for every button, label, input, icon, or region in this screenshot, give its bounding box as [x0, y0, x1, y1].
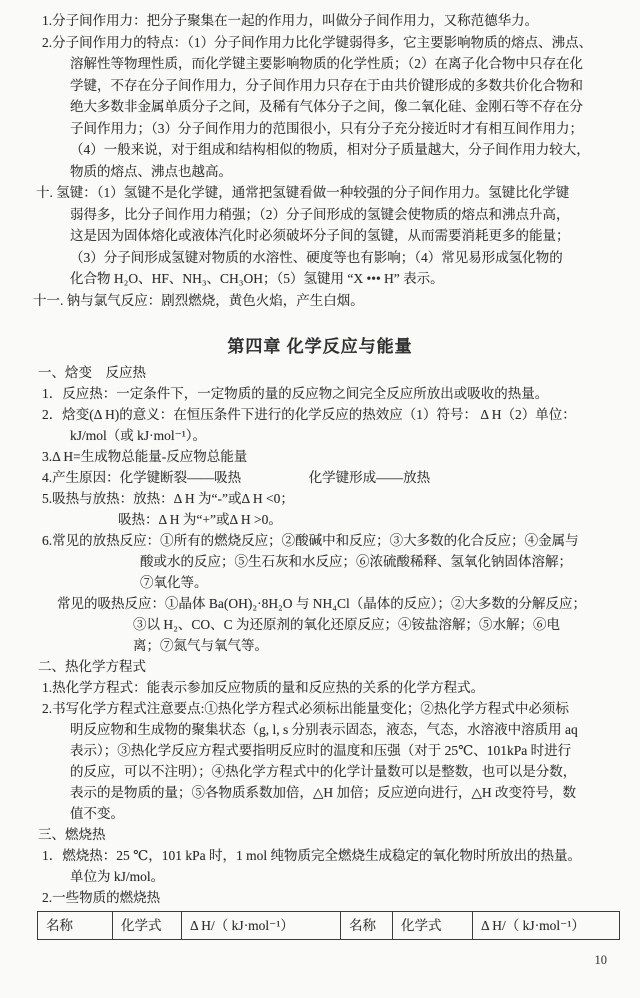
text-line: 2.一些物质的燃烧热 — [42, 887, 640, 908]
section-heading: 一、焓变 反应热 — [38, 362, 640, 383]
section-chapter4: 一、焓变 反应热 1．反应热：一定条件下，一定物质的量的反应物之间完全反应所放出… — [0, 362, 640, 908]
text-line: 溶解性等物理性质，而化学键主要影响物质的化学性质；（2）在离子化合物中只存在化 — [70, 53, 640, 75]
table-header-row: 名称 化学式 Δ H/（ kJ·mol⁻¹） 名称 化学式 Δ H/（ kJ·m… — [38, 912, 620, 940]
text-line: 子间作用力；（3）分子间作用力的范围很小，只有分子充分接近时才有相互间作用力； — [70, 118, 640, 140]
text-line: 3.Δ H=生成物总能量-反应物总能量 — [42, 446, 640, 467]
text-line: 2．焓变(Δ H)的意义：在恒压条件下进行的化学反应的热效应（1）符号： Δ H… — [42, 404, 640, 425]
text-line: kJ/mol（或 kJ·mol⁻¹）。 — [70, 425, 640, 446]
text-line: 学键，不存在分子间作用力，分子间作用力只存在于由共价键形成的多数共价化合物和 — [70, 75, 640, 97]
text-line: 弱得多，比分子间作用力稍强；（2）分子间形成的氢键会使物质的熔点和沸点升高， — [70, 204, 640, 226]
text-line: 6.常见的放热反应：①所有的燃烧反应；②酸碱中和反应；③大多数的化合反应；④金属… — [42, 530, 640, 551]
text-line: 离；⑦氮气与氧气等。 — [133, 635, 640, 656]
text-line: 常见的吸热反应：①晶体 Ba(OH)₂·8H₂O 与 NH₄Cl（晶体的反应）；… — [57, 593, 640, 614]
text-line: 1．反应热：一定条件下，一定物质的量的反应物之间完全反应所放出或吸收的热量。 — [42, 383, 640, 404]
text-line: 吸热：Δ H 为“+”或Δ H >0。 — [118, 509, 640, 530]
page-number: 10 — [595, 953, 608, 968]
text-line: 十. 氢键：（1）氢键不是化学键，通常把氢键看做一种较强的分子间作用力。氢键比化… — [36, 182, 640, 204]
document-page: 1.分子间作用力：把分子聚集在一起的作用力，叫做分子间作用力，又称范德华力。 2… — [0, 0, 640, 998]
table-header-name-1: 名称 — [38, 912, 113, 940]
text-line: ⑦氧化等。 — [140, 572, 640, 593]
text-line: 2.书写化学方程式注意要点:①热化学方程式必须标出能量变化；②热化学方程式中必须… — [42, 698, 640, 719]
text-line: 十一. 钠与氯气反应：剧烈燃烧，黄色火焰，产生白烟。 — [33, 290, 640, 312]
text-line: 单位为 kJ/mol。 — [70, 866, 640, 887]
section-heading: 三、燃烧热 — [38, 824, 640, 845]
table-header-formula-2: 化学式 — [393, 912, 473, 940]
text-line: 明反应物和生成物的聚集状态（g, l, s 分别表示固态，液态，气态，水溶液中溶… — [70, 719, 640, 740]
text-line: 物质的熔点、沸点也越高。 — [70, 161, 640, 183]
text-line: 4.产生原因：化学键断裂——吸热 化学键形成——放热 — [42, 467, 640, 488]
text-line: 酸或水的反应；⑤生石灰和水反应；⑥浓硫酸稀释、氢氧化钠固体溶解； — [140, 551, 640, 572]
table-header-formula-1: 化学式 — [113, 912, 182, 940]
text-line: ③以 H₂、CO、C 为还原剂的氧化还原反应；④铵盐溶解；⑤水解；⑥电 — [133, 614, 640, 635]
text-line: 的反应，可以不注明）；④热化学方程式中的化学计量数可以是整数，也可以是分数， — [70, 761, 640, 782]
table-header-deltaH-2: Δ H/（ kJ·mol⁻¹） — [473, 912, 620, 940]
text-line: （3）分子间形成氢键对物质的水溶性、硬度等也有影响；（4）常见易形成氢化物的 — [70, 247, 640, 269]
text-line: 绝大多数非金属单质分子之间，及稀有气体分子之间，像二氧化硅、金刚石等不存在分 — [70, 96, 640, 118]
section-intermolecular-notes: 1.分子间作用力：把分子聚集在一起的作用力，叫做分子间作用力，又称范德华力。 2… — [0, 10, 640, 311]
combustion-heat-table: 名称 化学式 Δ H/（ kJ·mol⁻¹） 名称 化学式 Δ H/（ kJ·m… — [37, 911, 620, 940]
table-header-name-2: 名称 — [341, 912, 393, 940]
text-line: 5.吸热与放热：放热：Δ H 为“-”或Δ H <0； — [42, 488, 640, 509]
text-line: 值不变。 — [70, 803, 640, 824]
text-line: 表示的是物质的量；⑤各物质系数加倍，△H 加倍；反应逆向进行，△H 改变符号，数 — [70, 782, 640, 803]
document-content: 1.分子间作用力：把分子聚集在一起的作用力，叫做分子间作用力，又称范德华力。 2… — [0, 0, 640, 940]
section-heading: 二、热化学方程式 — [38, 656, 640, 677]
text-line: 1．燃烧热：25 ℃，101 kPa 时，1 mol 纯物质完全燃烧生成稳定的氧… — [42, 845, 640, 866]
text-line: 1.热化学方程式：能表示参加反应物质的量和反应热的关系的化学方程式。 — [42, 677, 640, 698]
chapter-title: 第四章 化学反应与能量 — [0, 334, 640, 360]
text-line: 这是因为固体熔化或液体汽化时必须破坏分子间的氢键，从而需要消耗更多的能量； — [70, 225, 640, 247]
text-line: （4）一般来说，对于组成和结构相似的物质，相对分子质量越大，分子间作用力较大， — [70, 139, 640, 161]
text-line: 化合物 H₂O、HF、NH₃、CH₃OH；（5）氢键用 “X ••• H” 表示… — [70, 268, 640, 290]
table-header-deltaH-1: Δ H/（ kJ·mol⁻¹） — [182, 912, 341, 940]
text-line: 2.分子间作用力的特点：（1）分子间作用力比化学键弱得多，它主要影响物质的熔点、… — [42, 32, 640, 54]
text-line: 表示）；③热化学反应方程式要指明反应时的温度和压强（对于 25℃、101kPa … — [70, 740, 640, 761]
text-line: 1.分子间作用力：把分子聚集在一起的作用力，叫做分子间作用力，又称范德华力。 — [42, 10, 640, 32]
